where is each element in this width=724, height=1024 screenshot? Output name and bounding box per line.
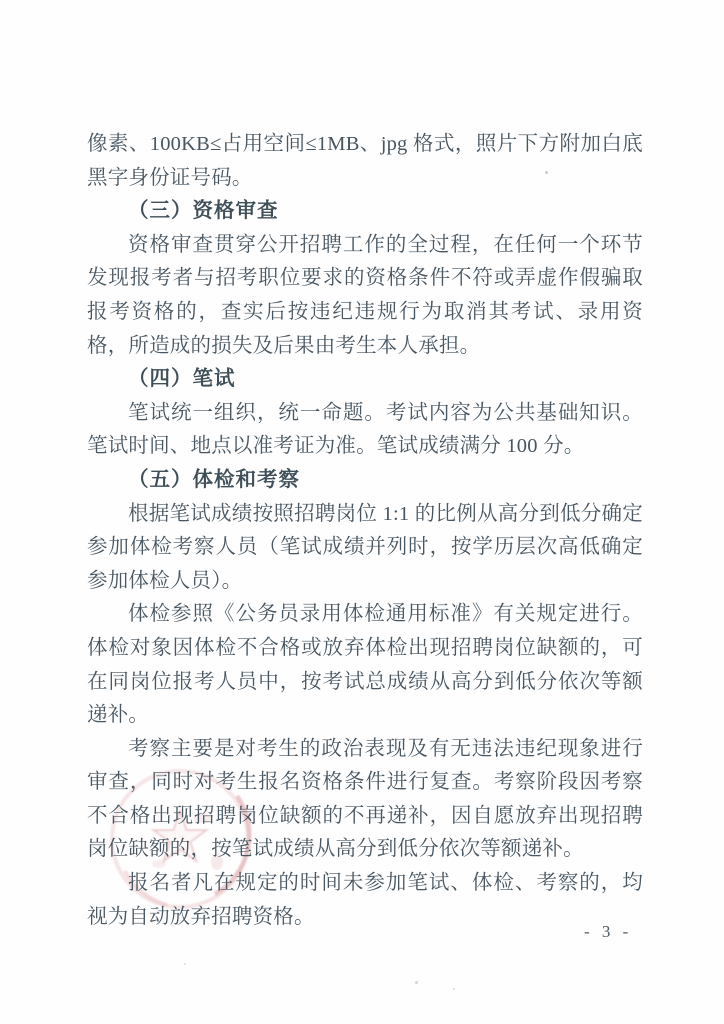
paragraph: 体检参照《公务员录用体检通用标准》有关规定进行。体检对象因体检不合格或放弃体检出… <box>87 598 643 732</box>
paragraph: 资格审查贯穿公开招聘工作的全过程，在任何一个环节发现报考者与招考职位要求的资格条… <box>87 229 643 363</box>
paragraph: 笔试统一组织，统一命题。考试内容为公共基础知识。笔试时间、地点以准考证为准。笔试… <box>87 397 643 464</box>
paragraph: 考察主要是对考生的政治表现及有无违法违纪现象进行审查，同时对考生报名资格条件进行… <box>87 733 643 867</box>
section-heading: （四）笔试 <box>87 363 643 397</box>
paragraph: 像素、100KB≤占用空间≤1MB、jpg 格式，照片下方附加白底黑字身份证号码… <box>87 128 643 195</box>
page-number: - 3 - <box>584 922 632 942</box>
document-page: 像素、100KB≤占用空间≤1MB、jpg 格式，照片下方附加白底黑字身份证号码… <box>0 0 724 1024</box>
scan-speck <box>453 988 455 990</box>
paragraph: 根据笔试成绩按照招聘岗位 1:1 的比例从高分到低分确定参加体检考察人员（笔试成… <box>87 498 643 599</box>
section-heading: （三）资格审查 <box>87 195 643 229</box>
section-heading: （五）体检和考察 <box>87 464 643 498</box>
scan-speck <box>184 963 186 965</box>
paragraph: 报名者凡在规定的时间未参加笔试、体检、考察的，均视为自动放弃招聘资格。 <box>87 867 643 934</box>
scan-speck <box>545 171 548 174</box>
scan-speck <box>415 981 418 984</box>
document-body: 像素、100KB≤占用空间≤1MB、jpg 格式，照片下方附加白底黑字身份证号码… <box>87 128 643 934</box>
